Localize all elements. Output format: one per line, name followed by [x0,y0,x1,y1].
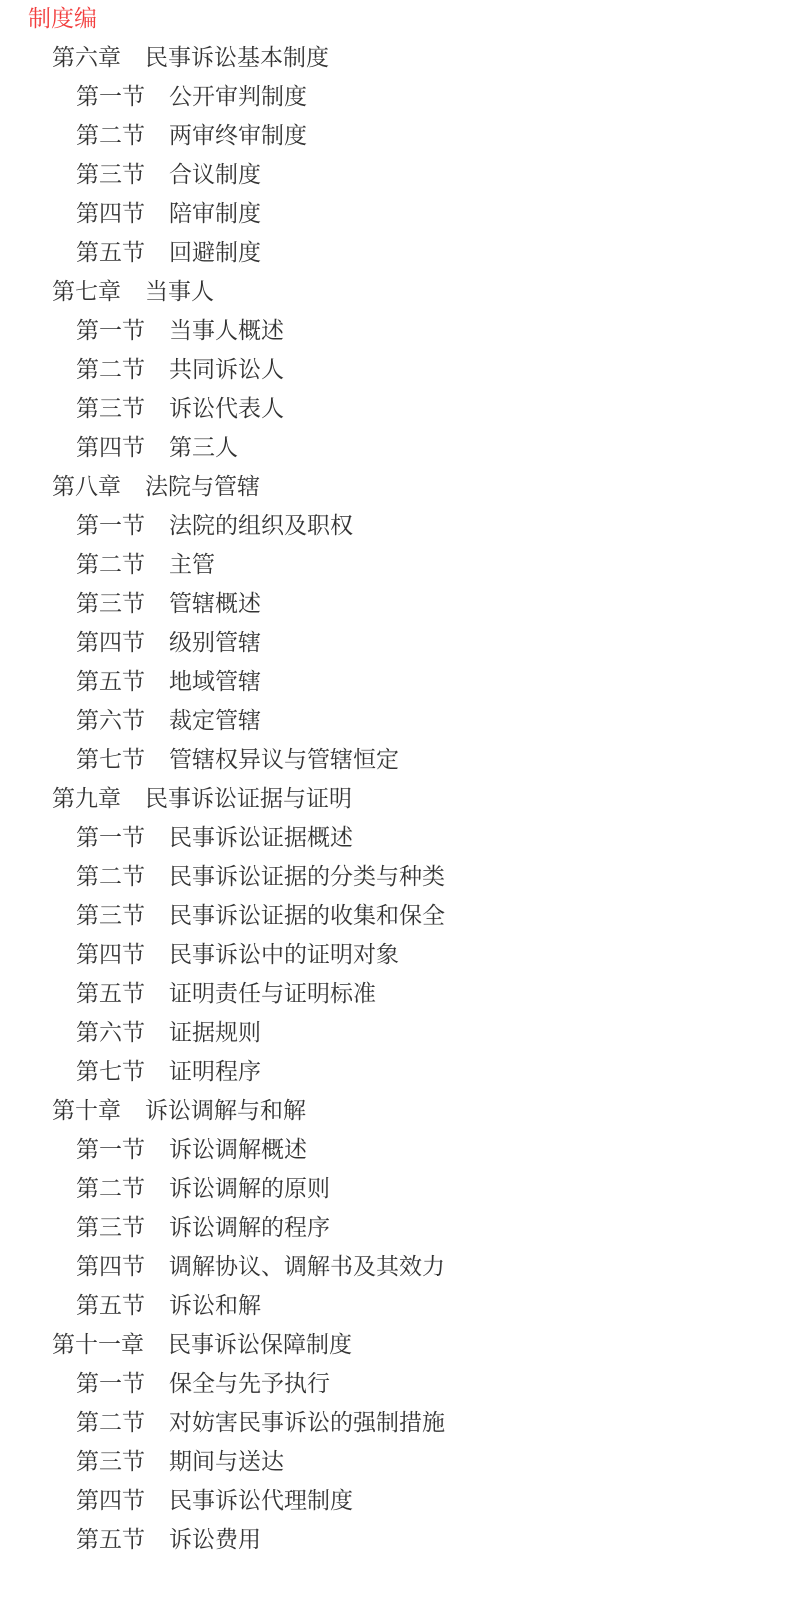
section-item[interactable]: 第一节民事诉讼证据概述 [76,819,353,858]
section-item[interactable]: 第一节保全与先予执行 [76,1365,330,1404]
chapter-name: 民事诉讼证据与证明 [145,786,352,812]
section-item[interactable]: 第五节回避制度 [76,234,261,273]
section-number: 第一节 [76,1365,145,1404]
section-name: 诉讼和解 [169,1293,261,1319]
section-number: 第六节 [76,1014,145,1053]
section-number: 第一节 [76,1131,145,1170]
section-item[interactable]: 第三节民事诉讼证据的收集和保全 [76,897,445,936]
section-number: 第五节 [76,663,145,702]
section-item[interactable]: 第四节级别管辖 [76,624,261,663]
section-name: 陪审制度 [169,201,261,227]
chapter-name: 民事诉讼基本制度 [145,45,329,71]
section-item[interactable]: 第三节合议制度 [76,156,261,195]
section-name: 地域管辖 [169,669,261,695]
section-item[interactable]: 第五节证明责任与证明标准 [76,975,376,1014]
section-item[interactable]: 第二节主管 [76,546,215,585]
section-number: 第三节 [76,897,145,936]
section-name: 共同诉讼人 [169,357,284,383]
chapter-name: 诉讼调解与和解 [145,1098,306,1124]
chapter-number: 第十章 [52,1092,121,1131]
section-name: 保全与先予执行 [169,1371,330,1397]
chapter-name: 当事人 [145,279,214,305]
chapter-heading[interactable]: 第九章民事诉讼证据与证明 [52,780,352,819]
section-item[interactable]: 第一节公开审判制度 [76,78,307,117]
section-name: 证明责任与证明标准 [169,981,376,1007]
section-name: 证据规则 [169,1020,261,1046]
section-item[interactable]: 第一节法院的组织及职权 [76,507,353,546]
section-item[interactable]: 第三节诉讼调解的程序 [76,1209,330,1248]
chapter-number: 第六章 [52,39,121,78]
section-number: 第三节 [76,585,145,624]
section-item[interactable]: 第三节期间与送达 [76,1443,284,1482]
section-name: 公开审判制度 [169,84,307,110]
section-item[interactable]: 第四节陪审制度 [76,195,261,234]
section-item[interactable]: 第二节共同诉讼人 [76,351,284,390]
section-number: 第七节 [76,741,145,780]
section-name: 主管 [169,552,215,578]
section-item[interactable]: 第二节诉讼调解的原则 [76,1170,330,1209]
section-number: 第四节 [76,429,145,468]
section-name: 调解协议、调解书及其效力 [169,1254,445,1280]
section-item[interactable]: 第三节诉讼代表人 [76,390,284,429]
section-name: 合议制度 [169,162,261,188]
chapter-number: 第八章 [52,468,121,507]
section-item[interactable]: 第五节诉讼费用 [76,1521,261,1560]
part-title[interactable]: 制度编 [28,0,97,39]
section-name: 管辖概述 [169,591,261,617]
section-number: 第二节 [76,546,145,585]
section-number: 第五节 [76,1521,145,1560]
section-item[interactable]: 第六节裁定管辖 [76,702,261,741]
section-number: 第二节 [76,351,145,390]
chapter-heading[interactable]: 第十一章民事诉讼保障制度 [52,1326,352,1365]
chapter-name: 民事诉讼保障制度 [168,1332,352,1358]
section-name: 证明程序 [169,1059,261,1085]
chapter-heading[interactable]: 第六章民事诉讼基本制度 [52,39,329,78]
chapter-heading[interactable]: 第八章法院与管辖 [52,468,260,507]
section-number: 第四节 [76,1248,145,1287]
section-name: 回避制度 [169,240,261,266]
section-item[interactable]: 第六节证据规则 [76,1014,261,1053]
section-number: 第四节 [76,624,145,663]
section-name: 期间与送达 [169,1449,284,1475]
section-name: 民事诉讼证据的分类与种类 [169,864,445,890]
chapter-number: 第十一章 [52,1326,144,1365]
section-number: 第六节 [76,702,145,741]
section-name: 诉讼调解概述 [169,1137,307,1163]
section-name: 民事诉讼证据的收集和保全 [169,903,445,929]
section-item[interactable]: 第五节诉讼和解 [76,1287,261,1326]
section-number: 第七节 [76,1053,145,1092]
section-name: 法院的组织及职权 [169,513,353,539]
section-number: 第五节 [76,975,145,1014]
section-item[interactable]: 第二节民事诉讼证据的分类与种类 [76,858,445,897]
section-name: 两审终审制度 [169,123,307,149]
section-number: 第四节 [76,1482,145,1521]
section-number: 第五节 [76,234,145,273]
section-item[interactable]: 第四节民事诉讼中的证明对象 [76,936,399,975]
section-number: 第四节 [76,195,145,234]
chapter-heading[interactable]: 第十章诉讼调解与和解 [52,1092,306,1131]
section-item[interactable]: 第一节当事人概述 [76,312,284,351]
section-number: 第一节 [76,507,145,546]
section-name: 裁定管辖 [169,708,261,734]
section-name: 级别管辖 [169,630,261,656]
section-item[interactable]: 第五节地域管辖 [76,663,261,702]
section-number: 第三节 [76,1443,145,1482]
section-name: 当事人概述 [169,318,284,344]
section-number: 第二节 [76,1170,145,1209]
chapter-heading[interactable]: 第七章当事人 [52,273,214,312]
section-name: 管辖权异议与管辖恒定 [169,747,399,773]
section-name: 民事诉讼代理制度 [169,1488,353,1514]
section-number: 第一节 [76,312,145,351]
section-number: 第二节 [76,1404,145,1443]
section-item[interactable]: 第七节管辖权异议与管辖恒定 [76,741,399,780]
section-name: 民事诉讼证据概述 [169,825,353,851]
section-name: 第三人 [169,435,238,461]
section-number: 第三节 [76,390,145,429]
section-number: 第三节 [76,1209,145,1248]
section-item[interactable]: 第二节两审终审制度 [76,117,307,156]
section-item[interactable]: 第一节诉讼调解概述 [76,1131,307,1170]
section-item[interactable]: 第四节第三人 [76,429,238,468]
section-number: 第四节 [76,936,145,975]
section-number: 第二节 [76,858,145,897]
section-item[interactable]: 第二节对妨害民事诉讼的强制措施 [76,1404,445,1443]
section-item[interactable]: 第三节管辖概述 [76,585,261,624]
section-item[interactable]: 第四节调解协议、调解书及其效力 [76,1248,445,1287]
section-number: 第二节 [76,117,145,156]
section-number: 第一节 [76,819,145,858]
section-number: 第一节 [76,78,145,117]
chapter-name: 法院与管辖 [145,474,260,500]
chapter-number: 第九章 [52,780,121,819]
section-name: 对妨害民事诉讼的强制措施 [169,1410,445,1436]
section-number: 第五节 [76,1287,145,1326]
section-name: 民事诉讼中的证明对象 [169,942,399,968]
section-item[interactable]: 第七节证明程序 [76,1053,261,1092]
section-name: 诉讼代表人 [169,396,284,422]
chapter-number: 第七章 [52,273,121,312]
section-name: 诉讼调解的原则 [169,1176,330,1202]
section-name: 诉讼费用 [169,1527,261,1553]
section-name: 诉讼调解的程序 [169,1215,330,1241]
section-number: 第三节 [76,156,145,195]
section-item[interactable]: 第四节民事诉讼代理制度 [76,1482,353,1521]
